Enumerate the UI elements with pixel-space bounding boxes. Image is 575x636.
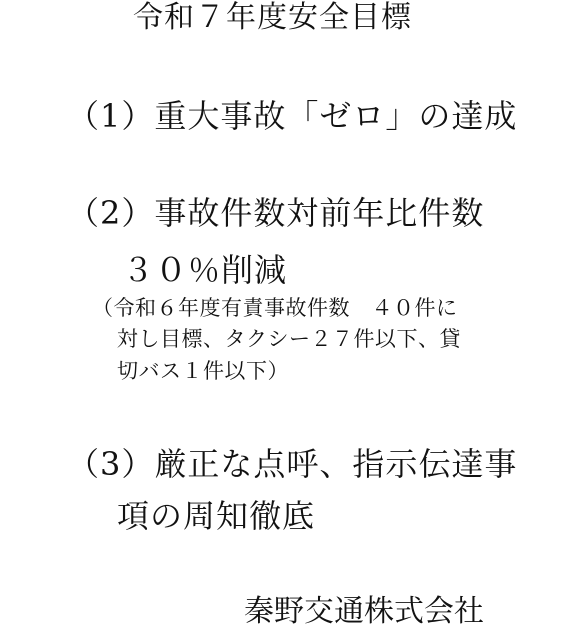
safety-goals-document: 令和７年度安全目標 （1）重大事故「ゼロ」の達成 （2）事故件数対前年比件数 ３… bbox=[0, 0, 575, 636]
company-signature: 秦野交通株式会社 bbox=[244, 597, 484, 627]
goal-1-line-1: （1）重大事故「ゼロ」の達成 bbox=[67, 100, 517, 132]
goal-2-note-line-3: 切バス１件以下） bbox=[117, 361, 289, 382]
goal-2-note-line-2: 対し目標、タクシー２７件以下、貸 bbox=[117, 329, 461, 350]
goal-3-line-2: 項の周知徹底 bbox=[117, 500, 315, 532]
goal-2-line-1: （2）事故件数対前年比件数 bbox=[67, 197, 484, 229]
goal-2-note-line-1: （令和６年度有責事故件数 ４０件に bbox=[92, 298, 458, 319]
document-title: 令和７年度安全目標 bbox=[133, 3, 412, 33]
goal-2-line-2: ３０％削減 bbox=[122, 254, 287, 286]
goal-3-line-1: （3）厳正な点呼、指示伝達事 bbox=[67, 448, 517, 480]
